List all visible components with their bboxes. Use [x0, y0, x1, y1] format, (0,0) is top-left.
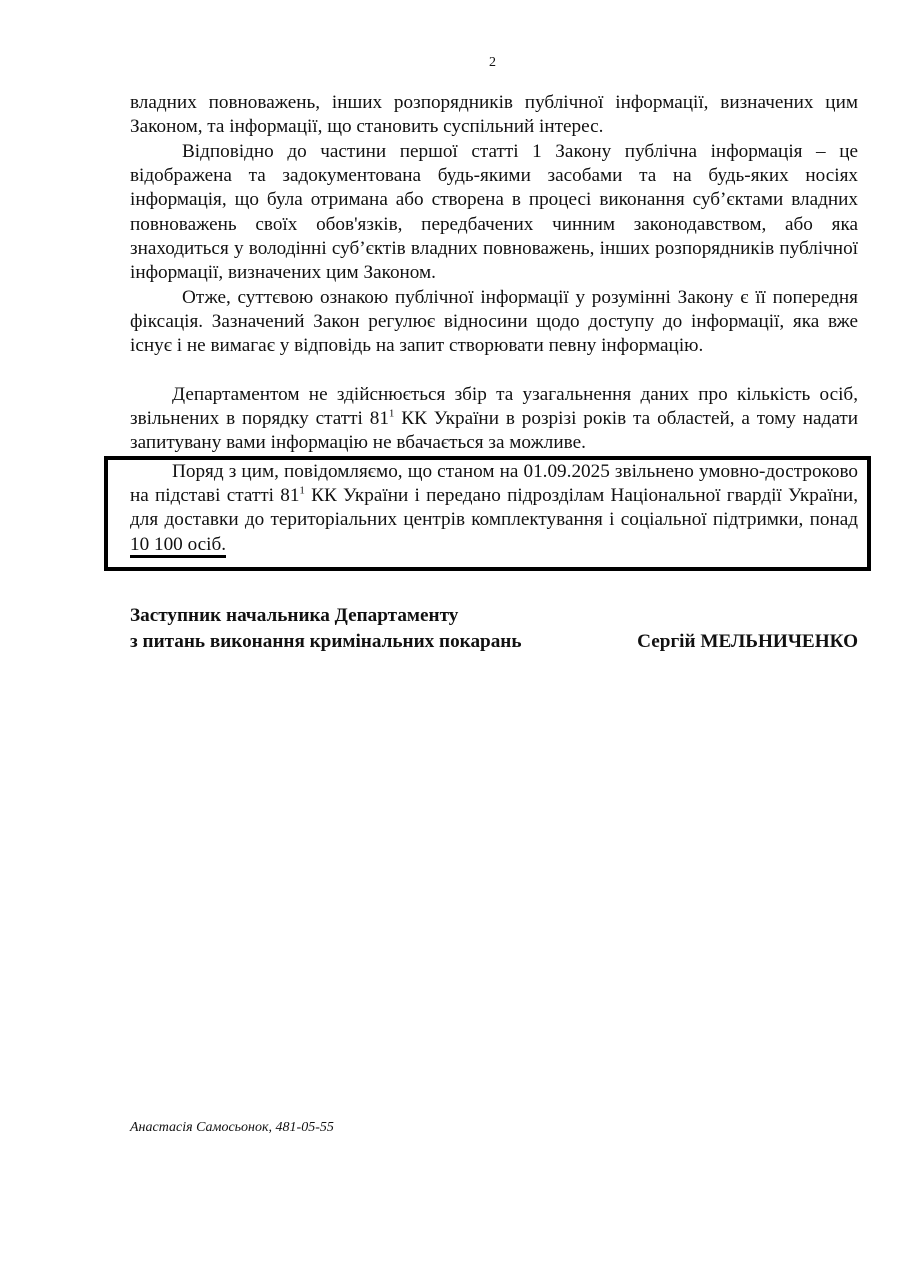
underlined-count: 10 100 осіб. — [130, 534, 226, 558]
signature-title-line1: Заступник начальника Департаменту — [130, 603, 858, 629]
executor-note: Анастасія Самосьонок, 481-05-55 — [130, 1120, 334, 1136]
page-number: 2 — [0, 55, 905, 71]
signature-block: Заступник начальника Департаменту з пита… — [130, 603, 858, 655]
paragraph-no-data-collection: Департаментом не здійснюється збір та уз… — [130, 383, 858, 456]
signatory-name: Сергій МЕЛЬНИЧЕНКО — [637, 629, 858, 655]
signature-title-line2: з питань виконання кримінальних покарань — [130, 629, 522, 655]
paragraph-prior-fixation: Отже, суттєвою ознакою публічної інформа… — [130, 286, 858, 359]
paragraph-continuation: владних повноважень, інших розпорядників… — [130, 91, 858, 139]
paragraph-highlighted-statement: Поряд з цим, повідомляємо, що станом на … — [130, 460, 858, 557]
highlight-box: Поряд з цим, повідомляємо, що станом на … — [104, 456, 871, 571]
paragraph-public-info-definition: Відповідно до частини першої статті 1 За… — [130, 140, 858, 285]
